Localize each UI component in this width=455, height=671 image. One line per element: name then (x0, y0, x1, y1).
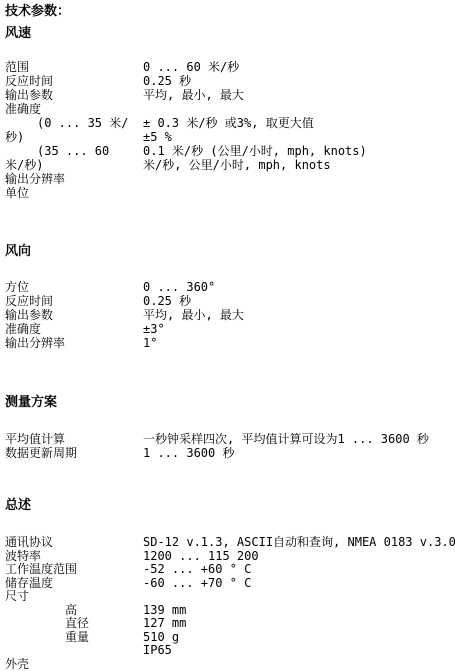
spec-row: 输出参数平均, 最小, 最大 (5, 308, 455, 322)
spec-label: 外壳 (5, 658, 143, 671)
spec-value: 平均, 最小, 最大 (143, 88, 455, 102)
spec-row: 直径127 mm (5, 617, 455, 631)
spec-value: 0.25 秒 (143, 294, 455, 308)
spec-row: 输出参数平均, 最小, 最大 (5, 88, 455, 102)
spec-row: 米/秒)米/秒, 公里/小时, mph, knots (5, 158, 455, 172)
section-heading: 风速 (5, 26, 455, 42)
spec-label: 通讯协议 (5, 536, 143, 550)
spec-rows: 通讯协议SD-12 v.1.3, ASCII自动和查询, NMEA 0183 v… (5, 536, 455, 671)
spec-label: 范围 (5, 60, 143, 74)
spec-value (143, 658, 455, 671)
spec-label: 方位 (5, 280, 143, 294)
spec-row: 输出分辨率1° (5, 336, 455, 350)
spec-row: 通讯协议SD-12 v.1.3, ASCII自动和查询, NMEA 0183 v… (5, 536, 455, 550)
spec-rows: 范围0 ... 60 米/秒反应时间0.25 秒输出参数平均, 最小, 最大准确… (5, 60, 455, 200)
spec-value: 0 ... 60 米/秒 (143, 60, 455, 74)
spec-label: 数据更新周期 (5, 446, 143, 460)
spec-value: 1 ... 3600 秒 (143, 446, 455, 460)
spec-label: 储存温度 (5, 577, 143, 591)
spec-value (143, 172, 455, 186)
spec-value: 0.1 米/秒 (公里/小时, mph, knots) (143, 144, 455, 158)
spec-row: 储存温度-60 ... +70 ° C (5, 577, 455, 591)
spec-label: 秒) (5, 130, 143, 144)
spec-value: ±3° (143, 322, 455, 336)
spec-label: 输出参数 (5, 308, 143, 322)
spec-row: 方位0 ... 360° (5, 280, 455, 294)
spec-label: (35 ... 60 (5, 144, 143, 158)
spec-label: 反应时间 (5, 294, 143, 308)
spec-value: 1200 ... 115 200 (143, 550, 455, 564)
spec-row: 外壳 (5, 658, 455, 671)
spec-value: SD-12 v.1.3, ASCII自动和查询, NMEA 0183 v.3.0 (143, 536, 455, 550)
spec-value: 127 mm (143, 617, 455, 631)
section-measurement-scheme: 测量方案平均值计算一秒钟采样四次, 平均值计算可设为1 ... 3600 秒数据… (5, 395, 455, 460)
spec-rows: 方位0 ... 360°反应时间0.25 秒输出参数平均, 最小, 最大准确度±… (5, 280, 455, 350)
spec-rows: 平均值计算一秒钟采样四次, 平均值计算可设为1 ... 3600 秒数据更新周期… (5, 432, 455, 460)
spec-label: 准确度 (5, 102, 143, 116)
spec-row: 准确度±3° (5, 322, 455, 336)
spec-label: 高 (5, 604, 143, 618)
spec-row: 范围0 ... 60 米/秒 (5, 60, 455, 74)
spec-label (5, 644, 143, 658)
spec-value: 1° (143, 336, 455, 350)
spec-row: (35 ... 600.1 米/秒 (公里/小时, mph, knots) (5, 144, 455, 158)
spec-value: 510 g (143, 631, 455, 645)
spec-row: 输出分辨率 (5, 172, 455, 186)
spec-label: 准确度 (5, 322, 143, 336)
spec-label: 输出参数 (5, 88, 143, 102)
spec-label: 输出分辨率 (5, 172, 143, 186)
spec-label: 工作温度范围 (5, 563, 143, 577)
spec-row: 反应时间0.25 秒 (5, 294, 455, 308)
spec-value: IP65 (143, 644, 455, 658)
spec-label: 直径 (5, 617, 143, 631)
spec-value: 0.25 秒 (143, 74, 455, 88)
spec-row: 准确度 (5, 102, 455, 116)
section-heading: 总述 (5, 498, 455, 514)
spec-value: ±5 % (143, 130, 455, 144)
section-general: 总述通讯协议SD-12 v.1.3, ASCII自动和查询, NMEA 0183… (5, 498, 455, 671)
spec-value: ± 0.3 米/秒 或3%, 取更大值 (143, 116, 455, 130)
section-wind-speed: 风速范围0 ... 60 米/秒反应时间0.25 秒输出参数平均, 最小, 最大… (5, 26, 455, 200)
spec-label: 尺寸 (5, 590, 143, 604)
spec-label: 输出分辨率 (5, 336, 143, 350)
page-title: 技术参数： (5, 4, 455, 20)
spec-value: 0 ... 360° (143, 280, 455, 294)
section-heading: 测量方案 (5, 395, 455, 411)
section-heading: 风向 (5, 244, 455, 260)
spec-value: -52 ... +60 ° C (143, 563, 455, 577)
spec-value: 米/秒, 公里/小时, mph, knots (143, 158, 455, 172)
spec-label: 平均值计算 (5, 432, 143, 446)
spec-value (143, 186, 455, 200)
spec-row: 单位 (5, 186, 455, 200)
spec-value (143, 102, 455, 116)
spec-label: (0 ... 35 米/ (5, 116, 143, 130)
spec-label: 米/秒) (5, 158, 143, 172)
spec-value (143, 590, 455, 604)
spec-value: 139 mm (143, 604, 455, 618)
spec-label: 波特率 (5, 550, 143, 564)
spec-row: 反应时间0.25 秒 (5, 74, 455, 88)
spec-row: 秒)±5 % (5, 130, 455, 144)
spec-value: 一秒钟采样四次, 平均值计算可设为1 ... 3600 秒 (143, 432, 455, 446)
section-wind-direction: 风向方位0 ... 360°反应时间0.25 秒输出参数平均, 最小, 最大准确… (5, 244, 455, 350)
spec-row: 高139 mm (5, 604, 455, 618)
spec-label: 重量 (5, 631, 143, 645)
spec-value: -60 ... +70 ° C (143, 577, 455, 591)
spec-value: 平均, 最小, 最大 (143, 308, 455, 322)
spec-row: IP65 (5, 644, 455, 658)
technical-spec-document: 技术参数： 风速范围0 ... 60 米/秒反应时间0.25 秒输出参数平均, … (5, 4, 455, 671)
spec-row: 尺寸 (5, 590, 455, 604)
spec-row: (0 ... 35 米/± 0.3 米/秒 或3%, 取更大值 (5, 116, 455, 130)
spec-row: 重量510 g (5, 631, 455, 645)
spec-label: 单位 (5, 186, 143, 200)
sections-container: 风速范围0 ... 60 米/秒反应时间0.25 秒输出参数平均, 最小, 最大… (5, 26, 455, 671)
spec-row: 波特率1200 ... 115 200 (5, 550, 455, 564)
spec-label: 反应时间 (5, 74, 143, 88)
spec-row: 数据更新周期1 ... 3600 秒 (5, 446, 455, 460)
spec-row: 工作温度范围-52 ... +60 ° C (5, 563, 455, 577)
spec-row: 平均值计算一秒钟采样四次, 平均值计算可设为1 ... 3600 秒 (5, 432, 455, 446)
